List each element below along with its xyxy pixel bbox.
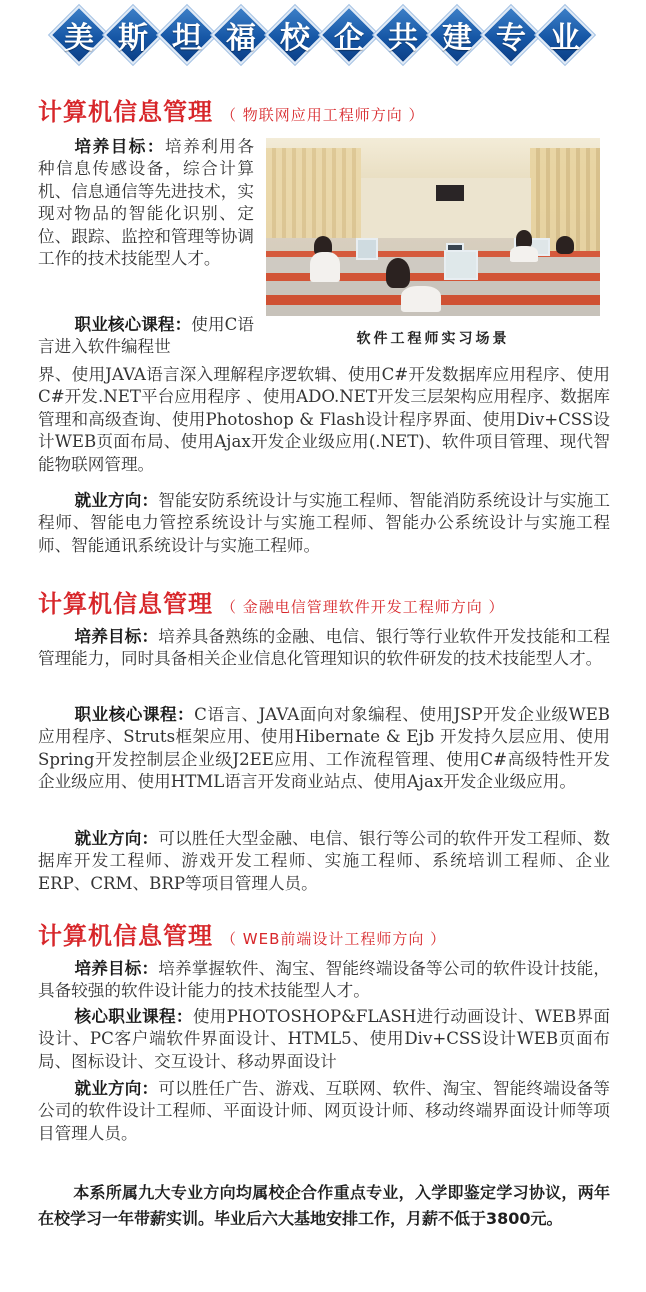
section-1-course: 界、使用JAVA语言深入理解程序逻软辑、使用C#开发数据库应用程序、使用C#开发… <box>38 364 610 476</box>
course-label: 职业核心课程： <box>75 315 192 334</box>
section-1-course-intro: 职业核心课程：使用C语言进入软件编程世 <box>38 314 254 359</box>
section-subtitle: （ 金融电信管理软件开发工程师方向 ） <box>221 596 505 617</box>
section-3-goal: 培养目标：培养掌握软件、淘宝、智能终端设备等公司的软件设计技能，具备较强的软件设… <box>38 958 610 1003</box>
banner-diamond: 美 <box>52 6 106 64</box>
photo-caption: 软件工程师实习场景 <box>266 328 600 348</box>
banner-diamond: 福 <box>214 6 268 64</box>
banner-diamond: 斯 <box>106 6 160 64</box>
section-3-career: 就业方向：可以胜任广告、游戏、互联网、软件、淘宝、智能终端设备等公司的软件设计工… <box>38 1078 610 1145</box>
section-title: 计算机信息管理 <box>38 916 213 951</box>
section-1-career: 就业方向：智能安防系统设计与实施工程师、智能消防系统设计与实施工程师、智能电力管… <box>38 490 610 557</box>
goal-label: 培养目标： <box>75 627 159 646</box>
banner: 美 斯 坦 福 校 企 共 建 专 业 <box>52 6 592 64</box>
goal-label: 培养目标： <box>75 959 159 978</box>
banner-diamonds: 美 斯 坦 福 校 企 共 建 专 业 <box>52 6 592 64</box>
section-1-goal: 培养目标：培养利用各种信息传感设备，综合计算机、信息通信等先进技术，实现对物品的… <box>38 136 254 270</box>
section-3-course: 核心职业课程：使用PHOTOSHOP&FLASH进行动画设计、WEB界面设计、P… <box>38 1006 610 1073</box>
banner-diamond: 共 <box>376 6 430 64</box>
banner-diamond: 坦 <box>160 6 214 64</box>
lab-photo <box>266 138 600 316</box>
banner-diamond: 企 <box>322 6 376 64</box>
course-label: 核心职业课程： <box>75 1007 193 1026</box>
wall-screen <box>436 185 464 201</box>
footer-note: 本系所属九大专业方向均属校企合作重点专业，入学即鉴定学习协议，两年在校学习一年带… <box>38 1180 610 1232</box>
section-2-course: 职业核心课程：C语言、JAVA面向对象编程、使用JSP开发企业级WEB应用程序、… <box>38 704 610 794</box>
section-subtitle: （ WEB前端设计工程师方向 ） <box>221 928 446 949</box>
career-label: 就业方向： <box>75 491 159 510</box>
section-title: 计算机信息管理 <box>38 584 213 619</box>
section-2-heading: 计算机信息管理 （ 金融电信管理软件开发工程师方向 ） <box>38 584 505 619</box>
section-2-goal: 培养目标：培养具备熟练的金融、电信、银行等行业软件开发技能和工程管理能力，同时具… <box>38 626 610 671</box>
section-1-heading: 计算机信息管理 （ 物联网应用工程师方向 ） <box>38 92 425 127</box>
section-3-heading: 计算机信息管理 （ WEB前端设计工程师方向 ） <box>38 916 446 951</box>
course-label: 职业核心课程： <box>75 705 195 724</box>
banner-diamond: 建 <box>430 6 484 64</box>
banner-diamond: 业 <box>538 6 592 64</box>
section-title: 计算机信息管理 <box>38 92 213 127</box>
goal-text: 培养利用各种信息传感设备，综合计算机、信息通信等先进技术，实现对物品的智能化识别… <box>38 137 254 268</box>
goal-label: 培养目标： <box>75 137 166 156</box>
banner-diamond: 校 <box>268 6 322 64</box>
banner-diamond: 专 <box>484 6 538 64</box>
section-2-career: 就业方向：可以胜任大型金融、电信、银行等公司的软件开发工程师、数据库开发工程师、… <box>38 828 610 895</box>
section-subtitle: （ 物联网应用工程师方向 ） <box>221 104 425 125</box>
career-label: 就业方向： <box>75 829 159 848</box>
course-text: 界、使用JAVA语言深入理解程序逻软辑、使用C#开发数据库应用程序、使用C#开发… <box>38 365 610 474</box>
career-label: 就业方向： <box>75 1079 159 1098</box>
